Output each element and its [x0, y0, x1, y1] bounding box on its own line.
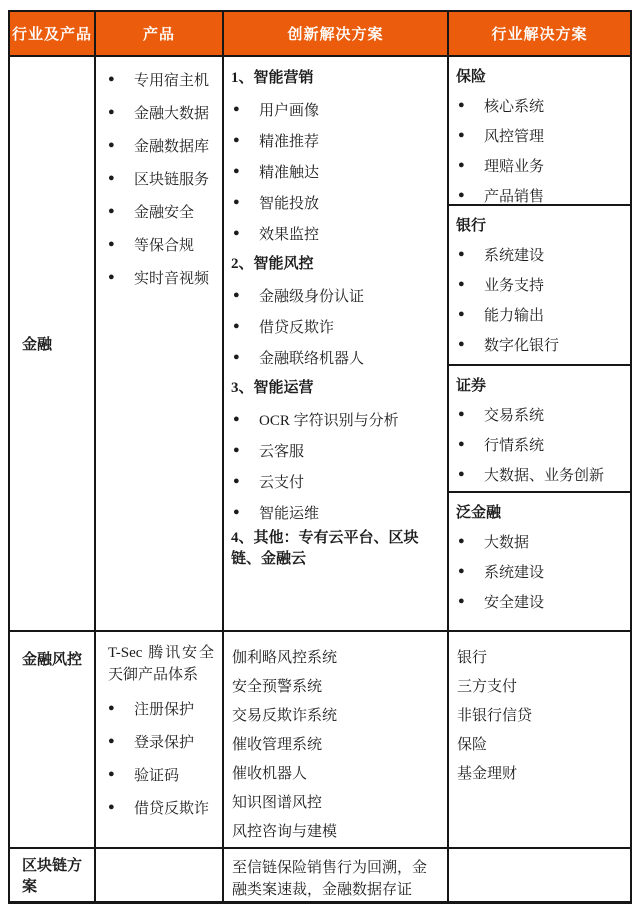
bullet-icon: ● [231, 104, 259, 115]
product-item: ●等保合规 [106, 228, 218, 261]
solution-item-label: 系统建设 [484, 244, 544, 265]
solution-item: ●能力输出 [456, 299, 626, 329]
solution-item: 银行 [457, 642, 626, 671]
solution-item-label: 行情系统 [484, 434, 544, 455]
solution-item: 三方支付 [457, 671, 626, 700]
risk-row-label: 金融风控 [10, 632, 96, 849]
header-industry-solutions: 行业解决方案 [449, 12, 630, 57]
innovation-item-label: 金融级身份认证 [259, 285, 364, 306]
header-products: 产品 [96, 12, 224, 57]
innovation-item: ●用户画像 [231, 94, 443, 125]
bullet-icon: ● [106, 107, 134, 118]
innovation-item: ●精准触达 [231, 156, 443, 187]
industry-solutions-table: 行业及产品 产品 创新解决方案 行业解决方案 金融 ●专用宿主机 ●金融大数据 … [8, 10, 632, 904]
solution-item: ●安全建设 [456, 586, 626, 616]
innovation-group-title: 3、智能运营 [231, 373, 443, 404]
solution-section-title: 泛金融 [456, 497, 626, 526]
innovation-group-title: 2、智能风控 [231, 249, 443, 280]
bullet-icon: ● [456, 279, 484, 290]
bullet-icon: ● [456, 339, 484, 350]
innovation-item: 催收管理系统 [232, 729, 443, 758]
innovation-item: ●金融联络机器人 [231, 342, 443, 373]
product-item-label: 借贷反欺诈 [134, 797, 209, 818]
solution-item: ●核心系统 [456, 90, 626, 120]
bullet-icon: ● [231, 135, 259, 146]
solution-item: ●系统建设 [456, 239, 626, 269]
bullet-icon: ● [456, 160, 484, 171]
innovation-item: ●精准推荐 [231, 125, 443, 156]
bullet-icon: ● [456, 469, 484, 480]
risk-industry-solutions-cell: 银行 三方支付 非银行信贷 保险 基金理财 [449, 632, 630, 849]
bullet-icon: ● [106, 239, 134, 250]
solution-section-insurance: 保险 ●核心系统 ●风控管理 ●理赔业务 ●产品销售 [449, 57, 630, 206]
solution-section-title: 银行 [456, 210, 626, 239]
solution-item: ●数字化银行 [456, 329, 626, 359]
innovation-item-label: 借贷反欺诈 [259, 316, 334, 337]
solution-item-label: 大数据、业务创新 [484, 464, 604, 485]
innovation-group-title: 4、其他：专有云平台、区块链、金融云 [231, 528, 443, 570]
product-item: ●金融大数据 [106, 96, 218, 129]
solution-section-bank: 银行 ●系统建设 ●业务支持 ●能力输出 ●数字化银行 [449, 206, 630, 366]
finance-row-label: 金融 [10, 57, 96, 632]
solution-item: ●业务支持 [456, 269, 626, 299]
product-item-label: 登录保护 [134, 731, 194, 752]
bullet-icon: ● [106, 74, 134, 85]
product-item-label: 注册保护 [134, 698, 194, 719]
solution-item: 基金理财 [457, 758, 626, 787]
bullet-icon: ● [231, 476, 259, 487]
blockchain-innovations-cell: 至信链保险销售行为回溯，金融类案速裁，金融数据存证 [224, 849, 449, 901]
risk-innovations-cell: 伽利略风控系统 安全预警系统 交易反欺诈系统 催收管理系统 催收机器人 知识图谱… [224, 632, 449, 849]
bullet-icon: ● [456, 249, 484, 260]
bullet-icon: ● [231, 321, 259, 332]
innovation-item-label: 云客服 [259, 440, 304, 461]
solution-item: ●行情系统 [456, 429, 626, 459]
bullet-icon: ● [231, 507, 259, 518]
innovation-item: ●云客服 [231, 435, 443, 466]
bullet-icon: ● [231, 414, 259, 425]
bullet-icon: ● [106, 272, 134, 283]
product-item: ●实时音视频 [106, 261, 218, 294]
innovation-item-label: 金融联络机器人 [259, 347, 364, 368]
innovation-item: ●智能投放 [231, 187, 443, 218]
product-item: ●金融安全 [106, 195, 218, 228]
product-item-label: 金融数据库 [134, 135, 209, 156]
bullet-icon: ● [106, 206, 134, 217]
solution-item: ●交易系统 [456, 399, 626, 429]
solution-section-title: 保险 [456, 61, 626, 90]
solution-section-pan-finance: 泛金融 ●大数据 ●系统建设 ●安全建设 [449, 493, 630, 628]
solution-item: ●风控管理 [456, 120, 626, 150]
bullet-icon: ● [231, 290, 259, 301]
product-item: ●注册保护 [106, 692, 218, 725]
bullet-icon: ● [456, 309, 484, 320]
bullet-icon: ● [231, 166, 259, 177]
innovation-item-label: 精准触达 [259, 161, 319, 182]
bullet-icon: ● [456, 439, 484, 450]
innovation-item: 催收机器人 [232, 758, 443, 787]
product-item: ●金融数据库 [106, 129, 218, 162]
risk-products-cell: T-Sec 腾讯安全天御产品体系 ●注册保护 ●登录保护 ●验证码 ●借贷反欺诈 [96, 632, 224, 849]
blockchain-products-cell [96, 849, 224, 901]
solution-item-label: 核心系统 [484, 95, 544, 116]
solution-item-label: 理赔业务 [484, 155, 544, 176]
solution-item-label: 能力输出 [484, 304, 544, 325]
solution-item-label: 系统建设 [484, 561, 544, 582]
product-item: ●验证码 [106, 758, 218, 791]
innovation-item-label: OCR 字符识别与分析 [259, 409, 399, 430]
product-item: ●区块链服务 [106, 162, 218, 195]
risk-products-intro: T-Sec 腾讯安全天御产品体系 [96, 632, 222, 686]
solution-item: ●理赔业务 [456, 150, 626, 180]
innovation-item: 安全预警系统 [232, 671, 443, 700]
product-item-label: 专用宿主机 [134, 69, 209, 90]
innovation-item: ●云支付 [231, 466, 443, 497]
solution-item-label: 大数据 [484, 531, 529, 552]
product-item-label: 验证码 [134, 764, 179, 785]
innovation-item: 风控咨询与建模 [232, 816, 443, 845]
header-industry-and-products: 行业及产品 [10, 12, 96, 57]
solution-section-title: 证券 [456, 370, 626, 399]
innovation-item-label: 云支付 [259, 471, 304, 492]
bullet-icon: ● [106, 140, 134, 151]
finance-products-cell: ●专用宿主机 ●金融大数据 ●金融数据库 ●区块链服务 ●金融安全 ●等保合规 … [96, 57, 224, 632]
solution-item-label: 安全建设 [484, 591, 544, 612]
solution-item-label: 数字化银行 [484, 334, 559, 355]
innovation-item: ●智能运维 [231, 497, 443, 528]
innovation-item-label: 智能投放 [259, 192, 319, 213]
solution-item: ●大数据、业务创新 [456, 459, 626, 489]
product-item-label: 实时音视频 [134, 267, 209, 288]
solution-item: ●系统建设 [456, 556, 626, 586]
innovation-item-label: 效果监控 [259, 223, 319, 244]
innovation-item-label: 精准推荐 [259, 130, 319, 151]
bullet-icon: ● [456, 409, 484, 420]
innovation-item: ●效果监控 [231, 218, 443, 249]
solution-item-label: 风控管理 [484, 125, 544, 146]
innovation-item: ●借贷反欺诈 [231, 311, 443, 342]
bullet-icon: ● [106, 802, 134, 813]
innovation-item-label: 智能运维 [259, 502, 319, 523]
bullet-icon: ● [231, 197, 259, 208]
solution-item-label: 产品销售 [484, 185, 544, 206]
bullet-icon: ● [106, 736, 134, 747]
bullet-icon: ● [456, 536, 484, 547]
blockchain-industry-solutions-cell [449, 849, 630, 901]
solution-item: ●大数据 [456, 526, 626, 556]
innovation-group-title: 1、智能营销 [231, 63, 443, 94]
innovation-item: 伽利略风控系统 [232, 642, 443, 671]
innovation-item: 知识图谱风控 [232, 787, 443, 816]
innovation-item-label: 用户画像 [259, 99, 319, 120]
finance-innovations-cell: 1、智能营销 ●用户画像 ●精准推荐 ●精准触达 ●智能投放 ●效果监控 2、智… [224, 57, 449, 632]
solution-section-securities: 证券 ●交易系统 ●行情系统 ●大数据、业务创新 [449, 366, 630, 493]
solution-item-label: 业务支持 [484, 274, 544, 295]
innovation-item: ●金融级身份认证 [231, 280, 443, 311]
bullet-icon: ● [456, 596, 484, 607]
product-item: ●登录保护 [106, 725, 218, 758]
bullet-icon: ● [106, 769, 134, 780]
blockchain-row-label: 区块链方案 [10, 849, 96, 901]
bullet-icon: ● [106, 703, 134, 714]
product-item-label: 金融大数据 [134, 102, 209, 123]
bullet-icon: ● [456, 100, 484, 111]
bullet-icon: ● [456, 566, 484, 577]
product-item-label: 金融安全 [134, 201, 194, 222]
solution-item-label: 交易系统 [484, 404, 544, 425]
product-item-label: 等保合规 [134, 234, 194, 255]
solution-item: 保险 [457, 729, 626, 758]
bullet-icon: ● [231, 228, 259, 239]
bullet-icon: ● [231, 352, 259, 363]
blockchain-innovation-text: 至信链保险销售行为回溯，金融类案速裁，金融数据存证 [224, 849, 447, 901]
page: 行业及产品 产品 创新解决方案 行业解决方案 金融 ●专用宿主机 ●金融大数据 … [0, 0, 640, 915]
bullet-icon: ● [231, 445, 259, 456]
product-item-label: 区块链服务 [134, 168, 209, 189]
innovation-item: ●OCR 字符识别与分析 [231, 404, 443, 435]
header-innovative-solutions: 创新解决方案 [224, 12, 449, 57]
product-item: ●专用宿主机 [106, 63, 218, 96]
product-item: ●借贷反欺诈 [106, 791, 218, 824]
bullet-icon: ● [456, 190, 484, 201]
bullet-icon: ● [456, 130, 484, 141]
solution-item: 非银行信贷 [457, 700, 626, 729]
bullet-icon: ● [106, 173, 134, 184]
innovation-item: 交易反欺诈系统 [232, 700, 443, 729]
finance-industry-solutions-cell: 保险 ●核心系统 ●风控管理 ●理赔业务 ●产品销售 银行 ●系统建设 ●业务支… [449, 57, 630, 632]
